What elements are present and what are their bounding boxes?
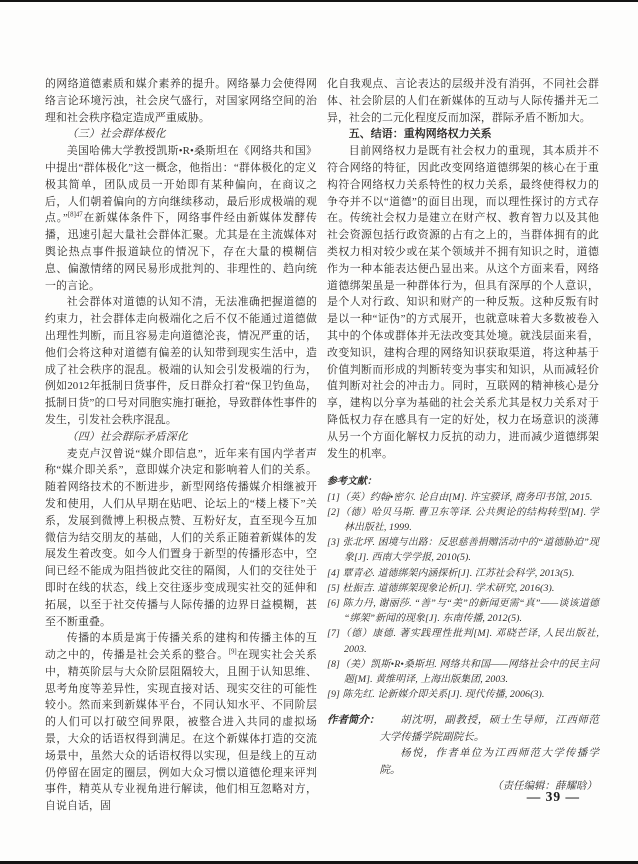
paragraph-conclusion: 目前网络权力是既有社会权力的重现，其本质并不符合网络的特征，因此改变网络道德绑架… [327,143,599,462]
reference-item: [2]（德）哈贝马斯. 曹卫东等译. 公共舆论的结构转型[M]. 学林出版社, … [327,505,599,535]
scan-top-edge [0,0,638,2]
citation-marker: [9] [229,648,237,655]
reference-item: [6] 陈力丹, 谢丽莎. “善”与“美”的新闻更需“真”——谈该道德“绑架”新… [327,596,599,626]
right-column: 化自我观点、言论表达的层级并没有消弭，不同社会群体、社会阶层的人们在新媒体的互动… [327,76,599,815]
paragraph-text: 在新媒体条件下，网络事件经由新媒体发酵传播，迅速引起大量社会群体汇聚。尤其是在主… [45,212,317,291]
reference-item: [9] 陈先红. 论新媒介即关系[J]. 现代传播, 2006(3). [327,687,599,702]
reference-item: [8]（美）凯斯•R•桑斯坦. 网络共和国——网络社会中的民主问题[M]. 黄维… [327,657,599,687]
references-heading: 参考文献： [327,474,599,489]
paragraph-media-relations: 麦克卢汉曾说“媒介即信息”，近年来有国内学者声称“媒介即关系”，意即媒介决定和影… [45,446,317,631]
section-heading-4: （四）社会群际矛盾深化 [45,429,317,446]
reference-item: [7]（德）康德. 著实践理性批判[M]. 邓晓芒译, 人民出版社, 2003. [327,626,599,656]
reference-item: [3] 张北坪. 困境与出路：反思慈善捐赠活动中的“道德胁迫”现象[J]. 西南… [327,535,599,565]
scanned-paper-page: { "left_column": { "p1": "的网络道德素质和媒介素养的提… [0,0,638,864]
references-list: [1]（英）约翰•密尔. 论自由[M]. 许宝骙译, 商务印书馆, 2015. … [327,490,599,703]
paragraph-text: 在现实社会关系中，精英阶层与大众阶层阻隔较大，且囿于认知思维、思考角度等差异性，… [45,649,317,812]
references-section: 参考文献： [1]（英）约翰•密尔. 论自由[M]. 许宝骙译, 商务印书馆, … [327,474,599,702]
author-bio-section: 作者简介： 胡沈明，副教授，硕士生导师，江西师范大学传播学院副院长。 杨悦，作者… [327,713,599,779]
conclusion-heading: 五、结语：重构网络权力关系 [327,126,599,143]
citation-marker: [8]47 [68,212,83,219]
paragraph-group-polarization: 美国哈佛大学教授凯斯•R•桑斯坦在《网络共和国》中提出“群体极化”这一概念，他指… [45,143,317,294]
page-body: 的网络道德素质和媒介素养的提升。网络暴力会使得网络言论环境污浊，社会戾气盛行，对… [45,76,599,815]
author-bio-entry: 胡沈明，副教授，硕士生导师，江西师范大学传播学院副院长。 [379,713,599,746]
author-bio-entry: 杨悦，作者单位为江西师范大学传播学院。 [379,746,599,779]
left-column: 的网络道德素质和媒介素养的提升。网络暴力会使得网络言论环境污浊，社会戾气盛行，对… [45,76,317,815]
reference-item: [4] 覃青必. 道德绑架内涵探析[J]. 江苏社会科学, 2013(5). [327,566,599,581]
paragraph-communication-essence: 传播的本质是寓于传播关系的建构和传播主体的互动之中的，传播是社会关系的整合。[9… [45,630,317,815]
section-heading-3: （三）社会群体极化 [45,126,317,143]
author-bio-label: 作者简介： [327,713,379,779]
reference-item: [5] 杜振吉. 道德绑架现象论析[J]. 学术研究, 2016(3). [327,581,599,596]
paragraph-continuation: 的网络道德素质和媒介素养的提升。网络暴力会使得网络言论环境污浊，社会戾气盛行，对… [45,76,317,126]
author-bio-entries: 胡沈明，副教授，硕士生导师，江西师范大学传播学院副院长。 杨悦，作者单位为江西师… [379,713,599,779]
paragraph-moral-cognition: 社会群体对道德的认知不清，无法准确把握道德的约束力，社会群体走向极端化之后不仅不… [45,294,317,428]
page-number: — 39 — [527,789,580,805]
reference-item: [1]（英）约翰•密尔. 论自由[M]. 许宝骙译, 商务印书馆, 2015. [327,490,599,505]
paragraph-continuation: 化自我观点、言论表达的层级并没有消弭，不同社会群体、社会阶层的人们在新媒体的互动… [327,76,599,126]
